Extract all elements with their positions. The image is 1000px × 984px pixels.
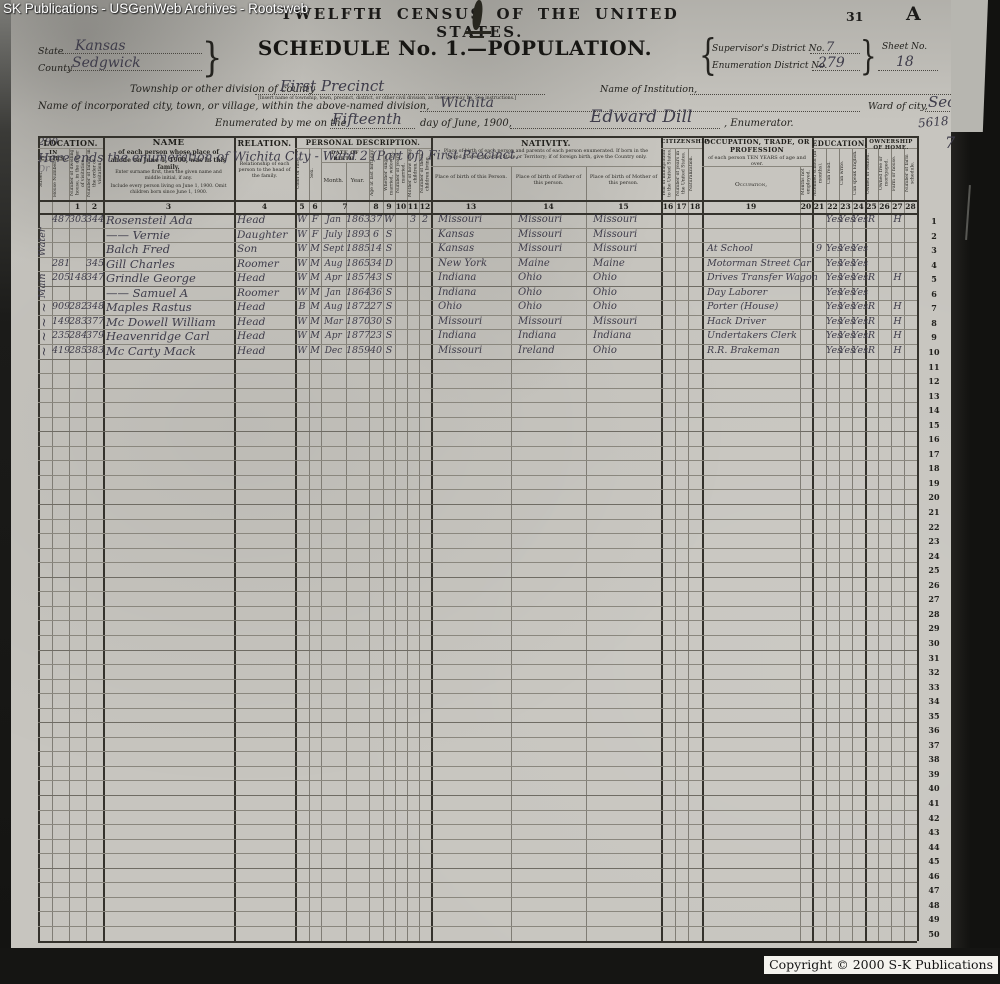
row-line xyxy=(38,708,917,709)
cell-farm: H xyxy=(891,300,904,315)
row-number: 25 xyxy=(921,565,947,575)
institution-label: Name of Institution, xyxy=(600,84,697,95)
cell-relation: Head xyxy=(234,271,298,286)
cell-age: 36 xyxy=(369,286,383,301)
cell-color: W xyxy=(295,228,309,243)
row-number: 28 xyxy=(921,609,947,619)
name-hint2: Include every person living on June 1, 1… xyxy=(108,184,229,195)
row-number: 12 xyxy=(921,376,947,386)
grid-vline xyxy=(395,148,396,941)
cell-house: 487 xyxy=(52,213,69,228)
column-number: 7 xyxy=(321,200,369,213)
relation-group-title: RELATION. xyxy=(234,138,295,148)
row-number: 16 xyxy=(921,434,947,444)
education-group-title: EDUCATION. xyxy=(812,139,865,148)
cell-family: 383 xyxy=(86,344,103,359)
column-number: 4 xyxy=(234,200,295,213)
grid-vline xyxy=(407,148,408,941)
cell-month: Apr xyxy=(321,329,346,344)
cell-relation: Son xyxy=(234,242,298,257)
cell-dwelling: 284 xyxy=(69,329,86,344)
column-number: 9 xyxy=(383,200,395,213)
row-number: 45 xyxy=(921,856,947,866)
cell-pobf: Missouri xyxy=(511,315,593,330)
vertical-column-label: Months not employed. xyxy=(801,166,811,198)
cell-sex: F xyxy=(309,228,321,243)
cell-pob: Ohio xyxy=(431,300,518,315)
column-number: 13 xyxy=(431,200,511,213)
cell-sex: M xyxy=(309,286,321,301)
cell-relation: Daughter xyxy=(234,228,298,243)
row-line xyxy=(38,489,917,490)
cell-color: W xyxy=(295,315,309,330)
row-number: 8 xyxy=(921,318,947,328)
cell-write: Yes xyxy=(839,271,852,286)
vertical-column-label: Owned or rented. xyxy=(866,148,877,198)
header-hline xyxy=(431,166,661,167)
cell-pobf: Missouri xyxy=(511,228,593,243)
scan-edge-right xyxy=(951,0,1000,950)
row-number: 26 xyxy=(921,580,947,590)
cell-house: 281 xyxy=(52,257,69,272)
cell-read: Yes xyxy=(826,257,839,272)
county-value: Sedgwick xyxy=(72,55,141,71)
row-number: 48 xyxy=(921,900,947,910)
cell-pob: Kansas xyxy=(431,242,518,257)
schedule-title: SCHEDULE No. 1.—POPULATION. xyxy=(255,36,655,60)
row-number: 42 xyxy=(921,813,947,823)
cell-dwelling: 285 xyxy=(69,344,86,359)
street-name: ~ xyxy=(37,316,52,329)
cell-age: 43 xyxy=(369,271,383,286)
cell-house: 235 xyxy=(52,329,69,344)
cell-marital: S xyxy=(383,300,395,315)
cell-owned: R xyxy=(865,344,878,359)
occupation-group-title: OCCUPATION, TRADE, OR PROFESSION xyxy=(704,138,810,154)
cell-occ: Porter (House) xyxy=(702,300,805,315)
cell-name: —— Samuel A xyxy=(103,286,237,301)
row-number: 35 xyxy=(921,711,947,721)
township-value: First Precinct xyxy=(280,77,384,95)
vertical-column-label: Naturalization. xyxy=(689,148,701,198)
cell-dwelling: 282 xyxy=(69,300,86,315)
stamp-number: 5618 xyxy=(917,114,949,131)
cell-year: 1865 xyxy=(346,257,369,272)
cell-house: 419 xyxy=(52,344,69,359)
cell-write: Yes xyxy=(839,315,852,330)
pob-label: Place of birth of this Person. xyxy=(434,174,508,180)
cell-month: Sept xyxy=(321,242,346,257)
cell-farm: H xyxy=(891,329,904,344)
cell-pob: New York xyxy=(431,257,518,272)
district-brace-right: } xyxy=(860,35,877,80)
state-county-brace: } xyxy=(202,33,222,81)
pob-father-label: Place of birth of Father of this person. xyxy=(514,174,583,187)
cell-marital: W xyxy=(383,213,395,228)
column-number: 26 xyxy=(878,200,891,213)
cell-farm: H xyxy=(891,213,904,228)
cell-marital: S xyxy=(383,315,395,330)
row-number: 39 xyxy=(921,769,947,779)
row-number: 18 xyxy=(921,463,947,473)
cell-farm: H xyxy=(891,344,904,359)
cell-color: B xyxy=(295,300,309,315)
cell-dwelling: 283 xyxy=(69,315,86,330)
enumerated-date: Fifteenth xyxy=(332,110,402,128)
grid-hline xyxy=(38,941,917,943)
row-line xyxy=(38,868,917,869)
cell-sex: M xyxy=(309,257,321,272)
pob-mother-label: Place of birth of Mother of this person. xyxy=(589,174,658,187)
row-line xyxy=(38,417,917,418)
row-number: 33 xyxy=(921,682,947,692)
cell-write: Yes xyxy=(839,344,852,359)
relation-desc: Relationship of each person to the head … xyxy=(237,162,292,180)
sheet-value: 18 xyxy=(896,54,914,70)
cell-read: Yes xyxy=(826,271,839,286)
row-number: 36 xyxy=(921,725,947,735)
row-line xyxy=(38,548,917,549)
vertical-column-label: Owned free or mortgaged. xyxy=(879,148,890,198)
cell-read: Yes xyxy=(826,300,839,315)
cell-pob: Kansas xyxy=(431,228,518,243)
cell-age: 40 xyxy=(369,344,383,359)
sheet-label: Sheet No. xyxy=(882,42,927,52)
name-hint1: Enter surname first, then the given name… xyxy=(108,170,229,181)
cell-sex: M xyxy=(309,315,321,330)
cell-farm: H xyxy=(891,271,904,286)
row-line xyxy=(38,737,917,738)
cell-read: Yes xyxy=(826,242,839,257)
cell-english: Yes xyxy=(852,300,865,315)
column-number: 11 xyxy=(407,200,419,213)
row-line xyxy=(38,388,917,389)
cell-age: 6 xyxy=(369,228,383,243)
row-number: 40 xyxy=(921,783,947,793)
column-number: 21 xyxy=(812,200,826,213)
cell-owned: R xyxy=(865,213,878,228)
cell-color: W xyxy=(295,271,309,286)
grid-vline xyxy=(917,136,919,941)
row-number: 50 xyxy=(921,929,947,939)
grid-vline xyxy=(419,148,420,941)
supervisor-label: Supervisor's District No. xyxy=(712,44,825,54)
cell-color: W xyxy=(295,286,309,301)
column-number: 23 xyxy=(839,200,852,213)
cell-pob: Missouri xyxy=(431,344,518,359)
row-number: 19 xyxy=(921,478,947,488)
row-line xyxy=(38,882,917,883)
cell-pobf: Missouri xyxy=(511,242,593,257)
row-line xyxy=(38,824,917,825)
cell-month: Aug xyxy=(321,257,346,272)
cell-pob: Missouri xyxy=(431,213,518,228)
cell-family: 344 xyxy=(86,213,103,228)
row-number: 14 xyxy=(921,405,947,415)
column-number: 6 xyxy=(309,200,321,213)
cell-pobm: Missouri xyxy=(586,315,668,330)
cell-month: Dec xyxy=(321,344,346,359)
cell-name: Heavenridge Carl xyxy=(103,329,237,344)
year-label: Year. xyxy=(346,178,369,185)
enumeration-label: Enumeration District No. xyxy=(712,61,827,71)
census-table: 1234567891011121314151617181920212223242… xyxy=(38,136,950,942)
cell-sex: M xyxy=(309,344,321,359)
row-number: 20 xyxy=(921,492,947,502)
row-number: 4 xyxy=(921,260,947,270)
cell-occ: At School xyxy=(702,242,805,257)
cell-sex: M xyxy=(309,271,321,286)
cell-pob: Indiana xyxy=(431,329,518,344)
row-number: 11 xyxy=(921,362,947,372)
cell-write: Yes xyxy=(839,213,852,228)
row-number: 17 xyxy=(921,449,947,459)
cell-name: Gill Charles xyxy=(103,257,237,272)
cell-read: Yes xyxy=(826,315,839,330)
cell-month: July xyxy=(321,228,346,243)
row-line xyxy=(38,679,917,680)
cell-english: Yes xyxy=(852,242,865,257)
cell-occ: R.R. Brakeman xyxy=(702,344,805,359)
row-line xyxy=(38,591,917,592)
month-label: Month. xyxy=(321,178,346,185)
cell-month: Apr xyxy=(321,271,346,286)
street-name: ~ xyxy=(37,345,52,358)
cell-pobm: Ohio xyxy=(586,300,668,315)
row-number: 27 xyxy=(921,594,947,604)
cell-year: 1893 xyxy=(346,228,369,243)
row-number: 44 xyxy=(921,842,947,852)
cell-age: 27 xyxy=(369,300,383,315)
row-line xyxy=(38,577,917,578)
district-brace-left: { xyxy=(699,30,717,80)
row-number: 13 xyxy=(921,391,947,401)
column-number: 12 xyxy=(419,200,431,213)
row-line xyxy=(38,693,917,694)
row-line xyxy=(38,460,917,461)
column-number: 5 xyxy=(295,200,309,213)
copyright-notice: Copyright © 2000 S-K Publications xyxy=(764,956,998,974)
row-number: 46 xyxy=(921,871,947,881)
sheet-rule xyxy=(878,70,938,71)
row-number: 32 xyxy=(921,667,947,677)
cell-pobm: Maine xyxy=(586,257,668,272)
column-number: 28 xyxy=(904,200,917,213)
enumerator-name: Edward Dill xyxy=(590,107,692,127)
row-number: 22 xyxy=(921,522,947,532)
row-line xyxy=(38,795,917,796)
cell-read: Yes xyxy=(826,286,839,301)
column-number: 15 xyxy=(586,200,661,213)
cell-marital: S xyxy=(383,271,395,286)
cell-month: Mar xyxy=(321,315,346,330)
cell-relation: Head xyxy=(234,300,298,315)
row-number: 9 xyxy=(921,332,947,342)
cell-english: Yes xyxy=(852,213,865,228)
county-label: County xyxy=(38,63,72,74)
cell-occ: Hack Driver xyxy=(702,315,805,330)
cell-write: Yes xyxy=(839,242,852,257)
row-line xyxy=(38,766,917,767)
cell-pob: Indiana xyxy=(431,271,518,286)
row-line xyxy=(38,606,917,607)
cell-name: Maples Rastus xyxy=(103,300,237,315)
cell-family: 348 xyxy=(86,300,103,315)
cell-relation: Head xyxy=(234,315,298,330)
row-line xyxy=(38,562,917,563)
state-value: Kansas xyxy=(75,38,126,54)
cell-color: W xyxy=(295,213,309,228)
cell-year: 1877 xyxy=(346,329,369,344)
column-number: 25 xyxy=(865,200,878,213)
row-line xyxy=(38,839,917,840)
column-number: 24 xyxy=(852,200,865,213)
cell-relation: Roomer xyxy=(234,286,298,301)
sheet-letter: A xyxy=(906,3,921,25)
row-line xyxy=(38,897,917,898)
cell-sex: F xyxy=(309,213,321,228)
row-line xyxy=(38,402,917,403)
column-number: 8 xyxy=(369,200,383,213)
cell-occ: Motorman Street Car xyxy=(702,257,805,272)
cell-relation: Head xyxy=(234,329,298,344)
row-number: 6 xyxy=(921,289,947,299)
row-line xyxy=(38,911,917,912)
cell-pobm: Ohio xyxy=(586,344,668,359)
cell-pobf: Indiana xyxy=(511,329,593,344)
cell-english: Yes xyxy=(852,344,865,359)
cell-family: 345 xyxy=(86,257,103,272)
row-number: 31 xyxy=(921,653,947,663)
cell-pob: Indiana xyxy=(431,286,518,301)
cell-marital: S xyxy=(383,286,395,301)
cell-marital: S xyxy=(383,242,395,257)
enumerator-suffix: , Enumerator. xyxy=(724,118,794,129)
archive-credit-text: SK Publications - USGenWeb Archives - Ro… xyxy=(3,1,308,16)
column-number: 1 xyxy=(69,200,86,213)
row-number: 47 xyxy=(921,885,947,895)
row-line xyxy=(38,359,917,360)
vertical-column-label: Can speak English. xyxy=(853,148,864,198)
column-number: 22 xyxy=(826,200,839,213)
row-line xyxy=(38,635,917,636)
row-number: 15 xyxy=(921,420,947,430)
enumerated-mid: day of June, 1900, xyxy=(420,118,512,129)
row-line xyxy=(38,446,917,447)
row-line xyxy=(38,533,917,534)
cell-house: 909 xyxy=(52,300,69,315)
cell-pob: Missouri xyxy=(431,315,518,330)
cell-sex: M xyxy=(309,329,321,344)
row-number: 7 xyxy=(921,303,947,313)
cell-english: Yes xyxy=(852,315,865,330)
page-number: 31 xyxy=(846,9,863,24)
cell-occ: Undertakers Clerk xyxy=(702,329,805,344)
cell-age: 30 xyxy=(369,315,383,330)
cell-month: Jan xyxy=(321,213,346,228)
state-label: State xyxy=(38,46,63,57)
vertical-column-label: Number of years in the United States. xyxy=(676,148,687,198)
row-line xyxy=(38,853,917,854)
scan-edge-left xyxy=(0,0,11,950)
street-name: Water xyxy=(37,214,52,270)
cell-name: Mc Carty Mack xyxy=(103,344,237,359)
row-line xyxy=(38,504,917,505)
row-line xyxy=(38,664,917,665)
cell-pobm: Ohio xyxy=(586,271,668,286)
cell-pobf: Ohio xyxy=(511,271,593,286)
cell-family: 377 xyxy=(86,315,103,330)
enumeration-value: 279 xyxy=(818,55,845,71)
cell-owned: R xyxy=(865,300,878,315)
cell-color: W xyxy=(295,242,309,257)
enumerator-rule xyxy=(510,128,720,129)
name-group-title: NAME xyxy=(103,138,234,148)
city-value: Wichita xyxy=(440,95,494,111)
vertical-column-label: Year of immigration to the United States… xyxy=(662,148,674,198)
cell-house: 205 xyxy=(52,271,69,286)
column-number: 19 xyxy=(702,200,800,213)
occupation-desc: of each person TEN YEARS of age and over… xyxy=(706,155,808,168)
row-line xyxy=(38,620,917,621)
cell-school: 9 xyxy=(812,242,826,257)
street-name: Main xyxy=(37,272,52,299)
cell-english: Yes xyxy=(852,286,865,301)
cell-owned: R xyxy=(865,329,878,344)
row-line xyxy=(38,751,917,752)
cell-write: Yes xyxy=(839,300,852,315)
cell-occ: Drives Transfer Wagon xyxy=(702,271,805,286)
cell-month: Aug xyxy=(321,300,346,315)
location-group-title: LOCATION. xyxy=(38,138,103,148)
cell-age: 37 xyxy=(369,213,383,228)
cell-dwelling: 148 xyxy=(69,271,86,286)
cell-occ: Day Laborer xyxy=(702,286,805,301)
row-number: 23 xyxy=(921,536,947,546)
row-number: 38 xyxy=(921,754,947,764)
cell-marital: S xyxy=(383,228,395,243)
cell-pobm: Ohio xyxy=(586,286,668,301)
cell-color: W xyxy=(295,257,309,272)
cell-write: Yes xyxy=(839,329,852,344)
cell-relation: Roomer xyxy=(234,257,298,272)
ink-smudge-line xyxy=(465,31,491,34)
row-line xyxy=(38,373,917,374)
cell-pobf: Ohio xyxy=(511,286,593,301)
row-line xyxy=(38,780,917,781)
cell-pobf: Ireland xyxy=(511,344,593,359)
cell-sex: M xyxy=(309,300,321,315)
row-line xyxy=(38,519,917,520)
cell-marital: S xyxy=(383,344,395,359)
enumerated-pre: Enumerated by me on the xyxy=(215,118,347,129)
row-number: 2 xyxy=(921,231,947,241)
row-number: 29 xyxy=(921,623,947,633)
column-number: 18 xyxy=(688,200,702,213)
vertical-column-label: Can write. xyxy=(840,148,851,198)
cell-farm: H xyxy=(891,315,904,330)
grid-vline xyxy=(675,148,676,941)
citizenship-group-title: CITIZENSHIP. xyxy=(661,139,702,145)
vertical-column-label: Attended school (in months). xyxy=(813,148,825,198)
cell-pobf: Ohio xyxy=(511,300,593,315)
row-line xyxy=(38,475,917,476)
cell-relation: Head xyxy=(234,213,298,228)
cell-moth: 3 xyxy=(407,213,419,228)
grid-vline xyxy=(904,148,905,941)
row-number: 41 xyxy=(921,798,947,808)
row-number: 43 xyxy=(921,827,947,837)
